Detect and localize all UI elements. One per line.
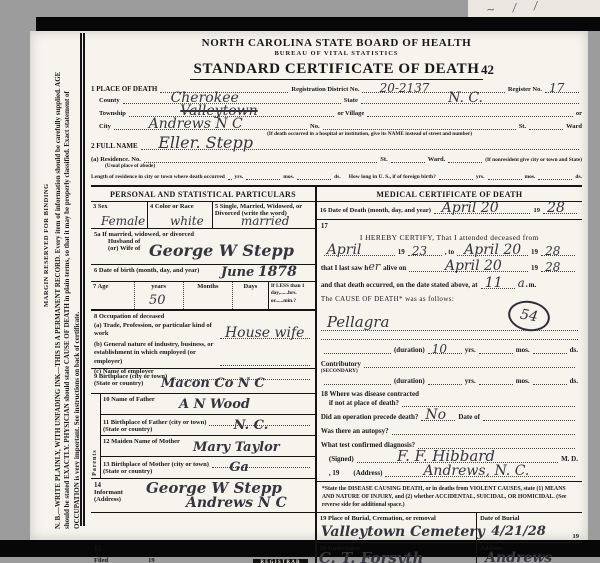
autopsy-line [392,426,575,435]
burial-place-cell: 19 Place of Burial, Cremation, or remova… [317,513,476,542]
city-label: City [99,123,111,130]
duration2-label: (duration) [394,377,425,385]
father-value: A N Wood [179,397,250,412]
dob-box: 6 Date of birth (month, day, and year) J… [91,265,315,282]
operation-label: Did an operation precede death? [321,413,418,421]
district-line: 20-2137 [362,84,504,93]
full-name-value: Eller. Stepp [158,135,253,151]
age-label: 7 Age [93,283,108,290]
certification-box: 17 I HEREBY CERTIFY, That I attended dec… [317,220,582,482]
parents-rows: 10 Name of Father A N Wood 11 Birthplace… [101,394,315,478]
duration-label: (duration) [394,346,425,354]
duration2-fill [324,376,391,385]
months-label: Months [197,283,218,290]
lr-fill-2 [246,171,280,180]
mother-bp-label: 13 Birthplace of Mother (city or town) [103,461,209,468]
date-of-death-box: 16 Date of Death (month, day, and year) … [317,202,582,220]
less-note: If LESS than 1 day,......hrs. or......mi… [271,283,305,304]
dod-line: April 20 [434,205,531,214]
marital-cell: 5 Single, Married, Widowed, or Divorced … [212,202,315,228]
address-line: Andrews, N. C. [385,468,575,477]
place-of-death-label: 1 PLACE OF DEATH [91,85,157,93]
bureau-title: BUREAU OF VITAL STATISTICS [91,50,582,57]
sex-value: Female [101,215,145,227]
mother-bp-sublabel: (State or country) [103,468,313,475]
burial-value: Valleytown Cemetery [321,524,485,540]
contracted-row-2: if not at place of death? [321,398,578,407]
contributory-row: Contributory [321,359,578,368]
scan-corner: ~ / / [468,0,600,17]
personal-title: PERSONAL AND STATISTICAL PARTICULARS [91,187,315,202]
city-no-label: No. [310,123,320,130]
filed-label: Filed [94,557,108,563]
birthplace-value: Macon Co N C [161,376,265,391]
attended-19b: 19 [531,248,538,256]
lr-fill-3 [297,171,331,180]
contracted-label: 18 Where was disease contracted [321,390,419,398]
burial-date-value: 4/21/28 [491,524,546,539]
certificate-title-row: STANDARD CERTIFICATE OF DEATH 42 [91,60,582,80]
filed-box: 15 Filed 19 REGISTRAR [91,543,315,563]
mother-label: 12 Maiden Name of Mother [103,438,180,445]
duration-row: (duration) 10 yrs. mos. ds. [321,345,578,354]
last-saw-value: April 20 [445,259,502,273]
abode-note: (Usual place of abode) [105,163,582,169]
dob-year: 1878 [258,264,297,280]
death-ampm: a. [518,277,529,289]
operation-line: No [421,412,455,421]
city-ward-label: Ward [566,123,582,130]
duration2-mos-line [479,376,513,385]
filed-line-1 [111,555,145,563]
last-saw-line: April 20 [409,263,528,272]
attended-to-year-line: 28 [541,247,575,256]
township-label: Township [99,110,126,117]
occupation-b-label: (b) General nature of industry, business… [94,341,217,366]
autopsy-row: Was there an autopsy? [321,426,578,435]
alive-on-label: alive on [383,264,406,272]
hl-fill-2 [488,171,522,180]
county-label: County [99,97,120,104]
duration2-mos: mos. [516,377,530,385]
nonresident-note: (If nonresident give city or town and St… [485,157,582,163]
register-label: Register No. [508,86,542,93]
death-occurred-label: and that death occurred, on the date sta… [321,281,478,289]
undertaker-address-value: Andrews [485,550,552,563]
father-birthplace-row: 11 Birthplace of Father (city or town) (… [101,415,315,436]
hl-mos: mos. [525,174,536,180]
signed-address-row: , 19 (Address) Andrews, N. C. [321,468,578,477]
age-years-value: 50 [149,294,166,307]
register-line: 17 [545,84,579,93]
state-value: N. C. [448,91,483,105]
state-label: State [344,97,358,104]
m-label: m. [529,281,537,289]
residence-ward-label: Ward. [428,156,446,163]
attended-to: April 20 [464,243,521,257]
attended-from-year: 23 [412,245,427,257]
full-name-line: Eller. Stepp [141,141,579,150]
signed-19: , 19 [329,469,340,477]
cause-code-circle: 54 [506,298,553,335]
duration2-yrs: yrs. [465,377,476,385]
mother-bp-line [212,459,310,468]
registrar-label: REGISTRAR [253,559,308,563]
attended-to-line: April 20 [457,247,528,256]
to-label: , to [445,248,454,256]
medical-column: MEDICAL CERTIFICATE OF DEATH 16 Date of … [317,187,582,563]
or-label: or [576,110,582,117]
lr-fill-1 [228,171,232,180]
spouse-value: George W Stepp [149,241,294,260]
signed-line: F. F. Hibbard [357,454,558,463]
occupation-a-line: House wife [220,330,310,339]
hl-ds: ds. [575,174,582,180]
city-st-label: St. [519,123,526,130]
duration-ds-line [533,345,567,354]
cause-value: Pellagra [327,315,390,330]
duration-mos: mos. [516,346,530,354]
full-name-row: 2 FULL NAME Eller. Stepp [91,141,582,150]
secondary-label: (SECONDARY) [321,368,578,374]
full-name-label: 2 FULL NAME [91,142,138,150]
address-value: Andrews, N. C. [423,464,529,478]
undertaker-row: 20 Undertaker C. T. Forsyth Address Andr… [317,543,582,563]
duration2-line [428,376,462,385]
mother-birthplace-row: 13 Birthplace of Mother (city or town) (… [101,457,315,478]
state-line: N. C. [361,95,579,104]
hl-fill-1 [439,171,473,180]
burial-date-cell: Date of Burial 4/21/28 19 [476,513,582,542]
mother-row: 12 Maiden Name of Mother Mary Taylor [101,436,315,457]
duration-value: 10 [432,343,447,355]
last-saw-year-line: 28 [541,263,575,272]
residence-ward-line [448,154,482,163]
last-saw-19: 19 [531,264,538,272]
race-cell: 4 Color or Race white [147,202,212,228]
mother-bp-value: Ga [229,460,249,475]
form-columns: PERSONAL AND STATISTICAL PARTICULARS 3 S… [91,185,582,563]
duration-yrs: yrs. [465,346,476,354]
md-label: M. D. [561,455,578,463]
age-label-cell: 7 Age [91,282,134,309]
age-days-cell: Days [232,282,268,309]
contributory-line [364,359,575,368]
residence-label: (a) Residence. No. [91,156,141,163]
city-value: Andrews N C [149,117,243,131]
attended-to-year: 28 [545,245,560,257]
last-saw-label: that I last saw h [321,264,368,272]
date-of-line [483,412,575,421]
contracted-row: 18 Where was disease contracted [321,390,578,398]
duration2-ds-line [533,376,567,385]
city-st-line [529,121,563,130]
village-line [367,108,573,117]
burial-date-label: Date of Burial [480,515,519,522]
informant-box: 14 Informant (Address) George W Stepp An… [91,479,315,513]
operation-row: Did an operation precede death? No Date … [321,412,578,421]
days-label: Days [244,283,258,290]
undertaker-address-cell: Address Andrews [476,543,582,563]
contracted-line [402,398,575,407]
father-bp-label: 11 Birthplace of Father (city or town) [103,419,206,426]
age-months-cell: Months [183,282,232,309]
duration2-row: (duration) yrs. mos. ds. [321,376,578,385]
attended-from-year-line: 23 [408,247,442,256]
operation-value: No [425,408,446,422]
cause-extra-line [321,331,578,340]
lr-ds: ds. [334,174,341,180]
village-label: or Village [337,110,364,117]
age-row: 7 Age years 50 Months Days If LESS than … [91,282,315,311]
dob-label: 6 Date of birth (month, day, and year) [94,267,199,274]
place-of-death-row: 1 PLACE OF DEATH Registration District N… [91,84,582,93]
board-title: NORTH CAROLINA STATE BOARD OF HEALTH [91,37,582,49]
item-17: 17 [321,222,578,230]
register-value: 17 [549,82,564,94]
filed-line-2: REGISTRAR [158,555,310,563]
margin-binding-label: MARGIN RESERVED FOR BINDING [43,97,50,307]
signed-row: (Signed) F. F. Hibbard M. D. [321,454,578,463]
spouse-box: 5a If married, widowed, or divorced Husb… [91,229,315,265]
filed-19: 19 [148,557,155,563]
father-bp-value: N. C. [234,418,269,433]
occupation-a-row: (a) Trade, Profession, or particular kin… [94,322,313,339]
margin-instructions: N. B.—WRITE PLAINLY, WITH UNFADING INK—T… [54,53,82,529]
dod-year-line: 28 [543,205,577,214]
signed-label: (Signed) [329,455,354,463]
mother-value: Mary Taylor [193,440,280,455]
filed-row: Filed 19 REGISTRAR [94,555,313,563]
dod-label: 16 Date of Death (month, day, and year) [320,207,431,214]
date-of-label: Date of [458,413,480,421]
birthplace-label: 9 Birthplace (city or town) [94,373,167,380]
last-saw-row: that I last saw h er alive on April 20 1… [321,261,578,272]
attended-from: April [327,243,362,257]
burial-19: 19 [572,533,579,540]
length-residence-row: Length of residence in city or town wher… [91,171,582,180]
sex-race-marital-row: 3 Sex Female 4 Color or Race white 5 Sin… [91,202,315,229]
pencil-marks: ~ / / [486,0,546,17]
death-occurred-row: and that death occurred, on the date sta… [321,277,578,289]
spouse-label: 5a If married, widowed, or divorced [94,231,313,238]
city-line: Andrews N C [114,121,307,130]
dod-19: 19 [533,207,540,214]
duration-fill [324,345,391,354]
informant-address-value: Andrews N C [186,495,287,511]
sex-cell: 3 Sex Female [91,202,147,228]
lr-yrs: yrs. [235,174,244,180]
last-saw-year: 28 [545,261,560,273]
personal-column: PERSONAL AND STATISTICAL PARTICULARS 3 S… [91,187,317,563]
length-residence-label: Length of residence in city or town wher… [91,174,225,180]
signed-value: F. F. Hibbard [397,449,495,464]
district-label: Registration District No. [291,86,359,93]
city-row: City Andrews N C No. St. Ward [91,121,582,130]
undertaker-cell: 20 Undertaker C. T. Forsyth [317,543,476,563]
contracted-label-2: if not at place of death? [329,399,399,407]
hl-fill-3 [538,171,572,180]
residence-line [144,154,377,163]
certificate-paper: MARGIN RESERVED FOR BINDING N. B.—WRITE … [30,31,588,540]
attended-19a: 19 [398,248,405,256]
district-value: 20-2137 [380,82,430,94]
father-row: 10 Name of Father A N Wood [101,394,315,415]
howlong-label: How long in U. S., if of foreign birth? [349,174,436,180]
certificate-number: 42 [481,62,494,78]
burial-label: 19 Place of Burial, Cremation, or remova… [320,515,436,522]
occupation-a-label: (a) Trade, Profession, or particular kin… [94,322,217,339]
death-time-line: 11 [481,280,515,289]
attended-from-line: April [324,247,395,256]
marital-value: married [241,215,290,227]
hl-yrs: yrs. [476,174,485,180]
race-value: white [170,215,204,227]
residence-row: (a) Residence. No. St. Ward. (If nonresi… [91,154,582,163]
contributory-label: Contributory [321,360,361,368]
autopsy-label: Was there an autopsy? [321,427,389,435]
cause-label: The CAUSE OF DEATH* was as follows: [321,295,578,303]
scan-top-band [36,17,600,31]
residence-st-line [391,154,425,163]
lr-mos: mos. [283,174,294,180]
county-row: County Cherokee State N. C. [91,95,582,104]
age-years-cell: years 50 [134,282,183,309]
years-label: years [151,283,166,290]
death-time: 11 [485,276,503,290]
cause-line: Pellagra 54 [321,305,578,331]
dob-month: June [221,265,254,280]
dod-year: 28 [547,201,565,215]
duration-line: 10 [428,345,462,354]
occupation-b-row: (b) General nature of industry, business… [94,341,313,366]
residence-st-label: St. [380,156,387,163]
undertaker-value: C. T. Forsyth [319,549,424,563]
birthplace-box: 9 Birthplace (city or town) (State or co… [91,369,315,394]
parents-vertical-label: Parents [91,394,101,478]
parents-section: Parents 10 Name of Father A N Wood 11 Bi… [91,394,315,479]
sex-label: 3 Sex [93,203,108,210]
filed-number: 15 [94,545,313,553]
father-label: 10 Name of Father [103,396,155,403]
race-label: 4 Color or Race [150,203,194,210]
occupation-b-line [220,357,310,366]
certificate-form: NORTH CAROLINA STATE BOARD OF HEALTH BUR… [80,33,585,526]
occupation-box: 8 Occupation of deceased (a) Trade, Prof… [91,311,315,369]
date-of-death-row: 16 Date of Death (month, day, and year) … [320,205,580,214]
age-less-cell: If LESS than 1 day,......hrs. or......mi… [268,282,315,309]
duration-mos-line [479,345,513,354]
duration-ds: ds. [570,346,578,354]
occupation-label: 8 Occupation of deceased [94,313,313,320]
dod-value: April 20 [442,201,499,215]
certify-text: I HEREBY CERTIFY, That I attended deceas… [321,233,578,242]
certificate-title: STANDARD CERTIFICATE OF DEATH [190,61,484,80]
footnote: *State the DISEASE CAUSING DEATH, or in … [317,482,582,513]
father-bp-sublabel: (State or country) [103,426,313,433]
occupation-a-value: House wife [225,326,305,340]
address-label: (Address) [353,469,382,477]
city-no-line [323,121,516,130]
attended-row: April 19 23 , to April 20 19 28 [321,247,578,256]
last-saw-pronoun: er [368,261,380,272]
parents-label: Parents [92,449,98,476]
burial-row: 19 Place of Burial, Cremation, or remova… [317,513,582,543]
duration2-ds: ds. [570,377,578,385]
scanned-page: ~ / / MARGIN RESERVED FOR BINDING N. B.—… [0,0,600,563]
